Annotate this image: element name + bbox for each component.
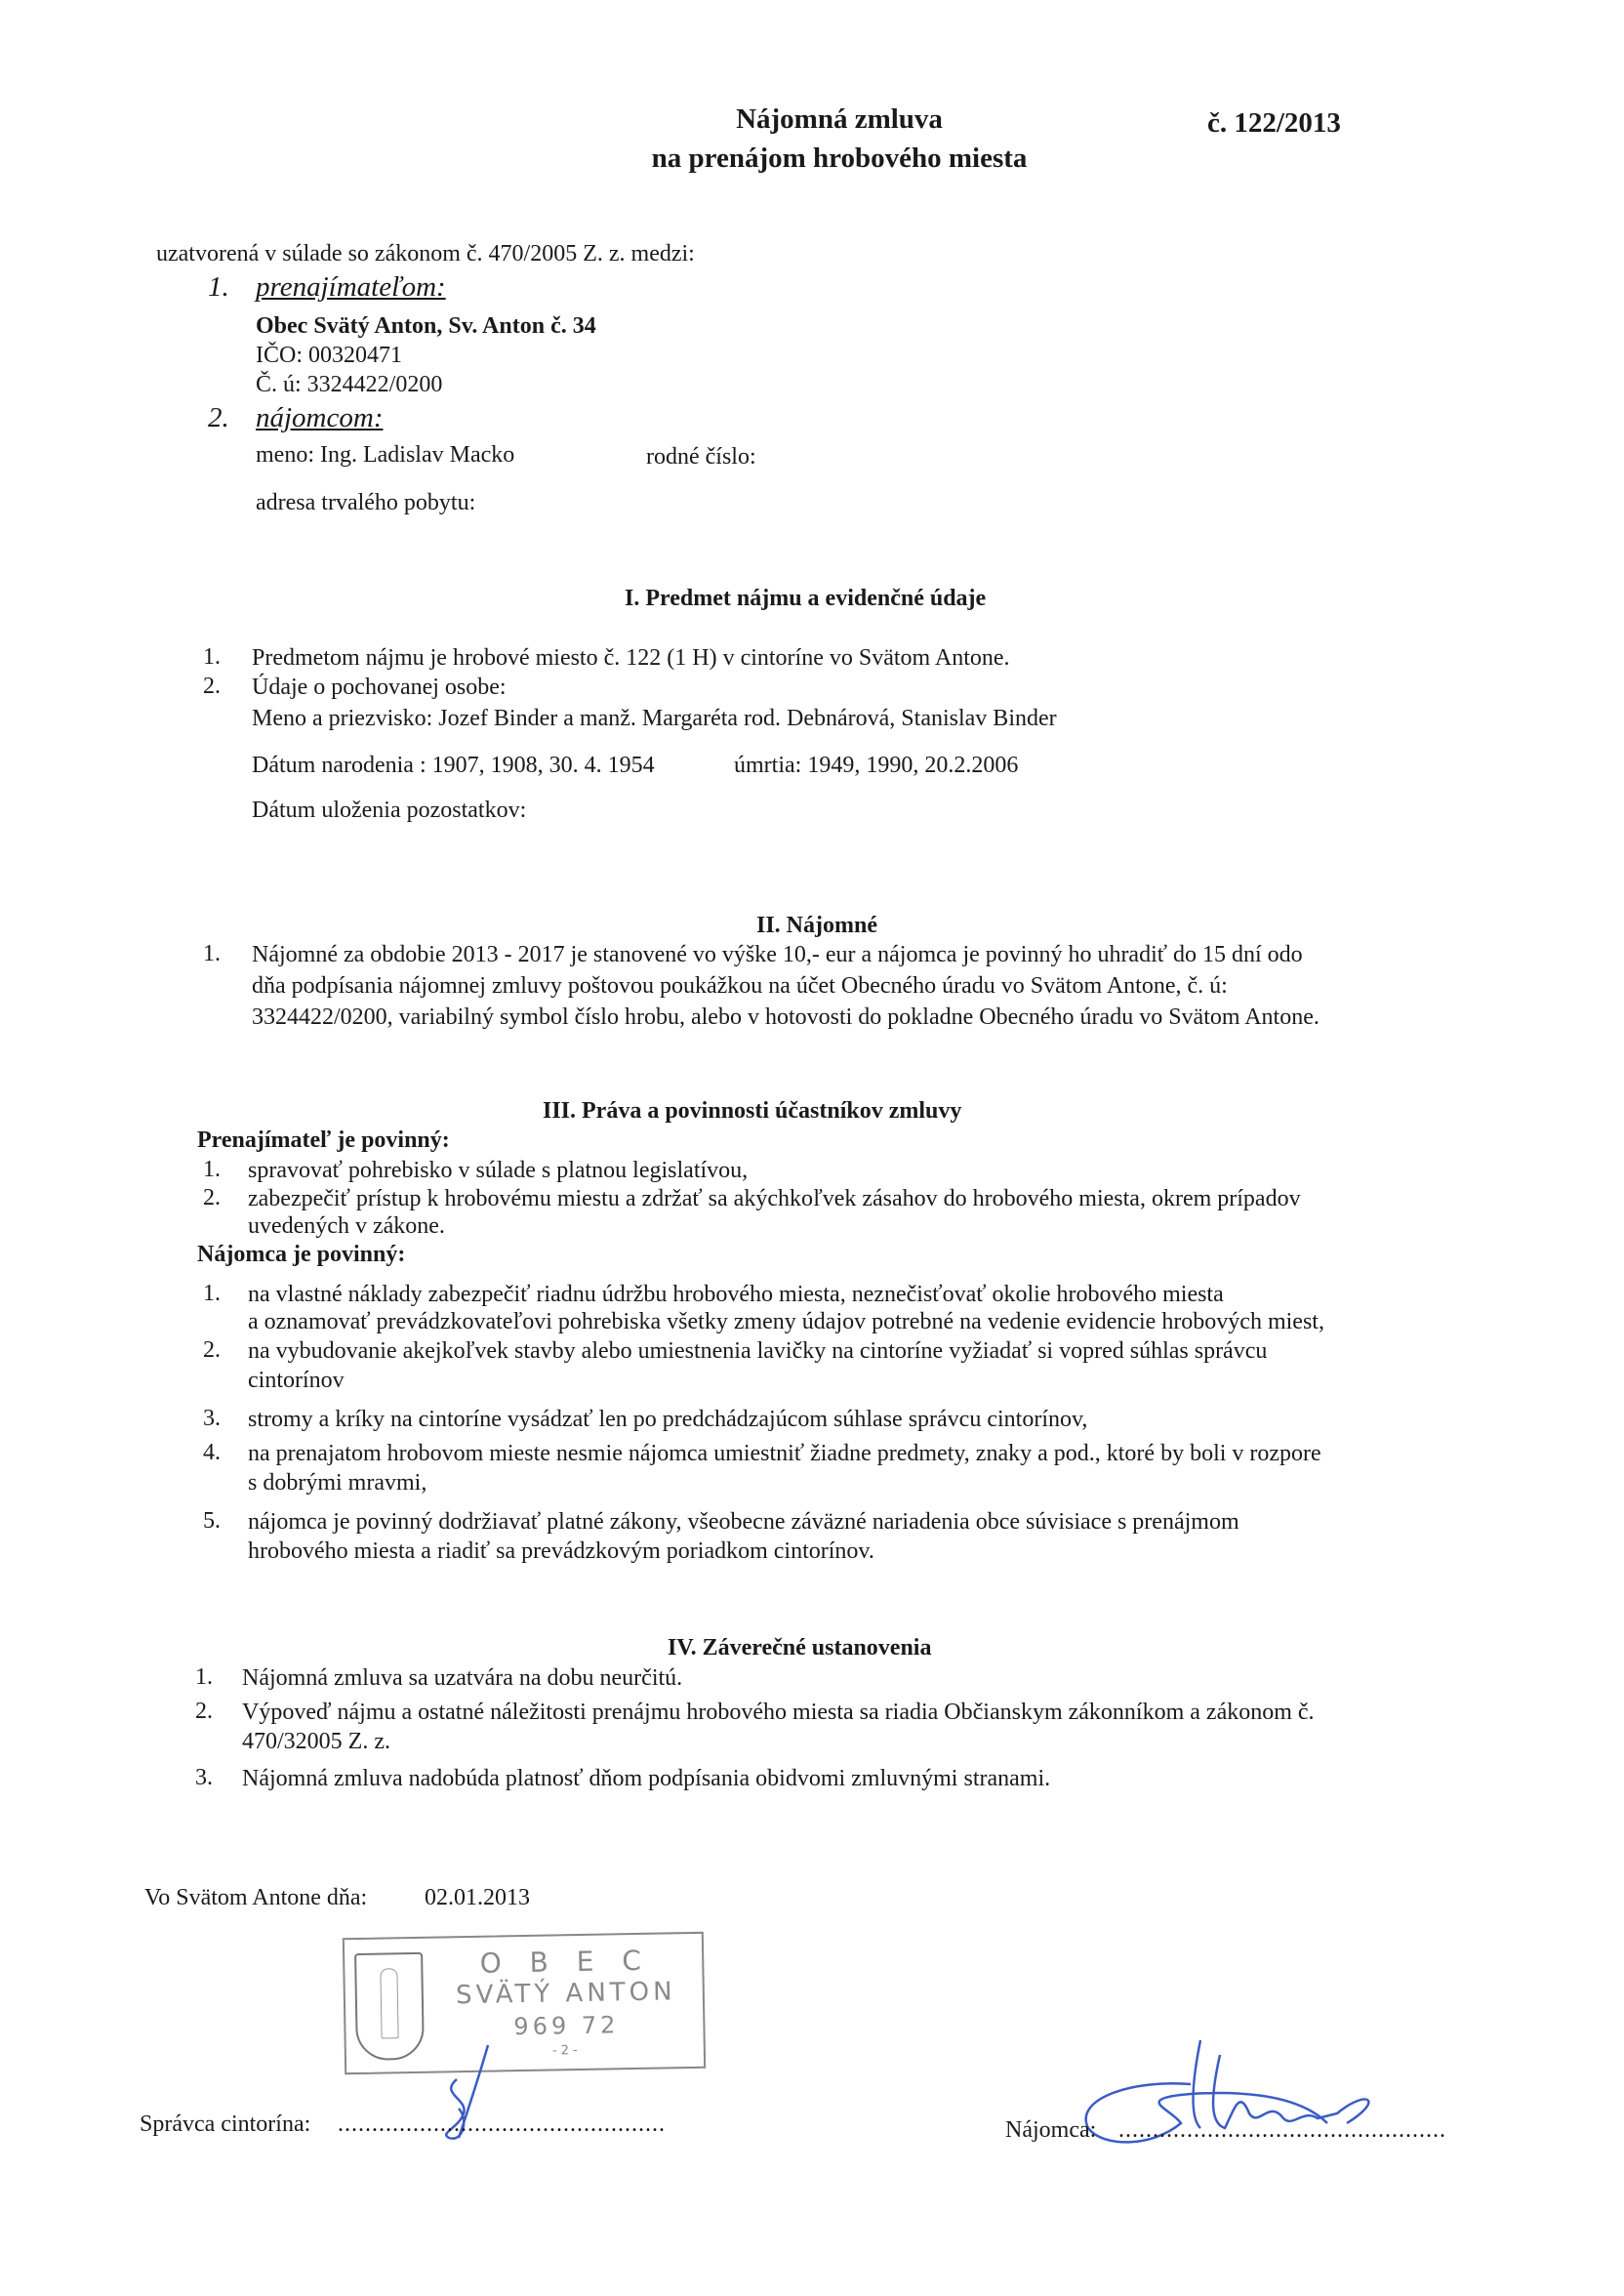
section-4-heading: IV. Záverečné ustanovenia — [668, 1635, 931, 1661]
landlord-ico: IČO: 00320471 — [256, 342, 402, 369]
party-2-number: 2. — [208, 402, 229, 434]
birth-dates: Dátum narodenia : 1907, 1908, 30. 4. 195… — [252, 752, 655, 779]
document-title: Nájomná zmluva — [547, 103, 1132, 136]
tenant-label: Nájomca: — [1005, 2116, 1096, 2144]
intro-text: uzatvorená v súlade so zákonom č. 470/20… — [156, 240, 695, 267]
tenant-duty-1-number: 1. — [203, 1281, 221, 1307]
administrator-label: Správca cintorína: — [140, 2111, 310, 2138]
tenant-duty-3-number: 3. — [203, 1406, 221, 1432]
tenant-duties-heading: Nájomca je povinný: — [197, 1242, 405, 1268]
tenant-duty-5-line-1: nájomca je povinný dodržiavať platné zák… — [248, 1508, 1239, 1536]
administrator-signature-line: ........................................… — [338, 2111, 666, 2138]
tenant-duty-1-line-1: na vlastné náklady zabezpečiť riadnu údr… — [248, 1281, 1224, 1308]
section-1-item-1-number: 1. — [203, 644, 221, 671]
section-1-item-1-text: Predmetom nájmu je hrobové miesto č. 122… — [252, 644, 1010, 672]
tenant-duty-2-number: 2. — [203, 1337, 221, 1364]
section-4-item-1-number: 1. — [195, 1664, 213, 1691]
party-1-label: prenajímateľom: — [256, 271, 446, 304]
section-2-item-1-line-2: dňa podpísania nájomnej zmluvy poštovou … — [252, 972, 1228, 1000]
section-4-item-3: Nájomná zmluva nadobúda platnosť dňom po… — [242, 1765, 1050, 1792]
stamp-line-1: O B E C — [438, 1944, 693, 1981]
party-1-number: 1. — [208, 271, 229, 304]
death-dates: úmrtia: 1949, 1990, 20.2.2006 — [734, 752, 1018, 779]
tenant-name: meno: Ing. Ladislav Macko — [256, 441, 514, 469]
party-2-label: nájomcom: — [256, 402, 383, 434]
document-subtitle: na prenájom hrobového miesta — [547, 143, 1132, 175]
section-2-item-1-line-3: 3324422/0200, variabilný symbol číslo hr… — [252, 1004, 1319, 1031]
section-1-heading: I. Predmet nájmu a evidenčné údaje — [625, 586, 986, 612]
section-2-item-1-number: 1. — [203, 941, 221, 967]
tenant-duty-2-line-1: na vybudovanie akejkoľvek stavby alebo u… — [248, 1337, 1267, 1365]
section-1-item-2-text: Údaje o pochovanej osobe: — [252, 674, 507, 701]
section-4-item-2-number: 2. — [195, 1699, 213, 1725]
landlord-account: Č. ú: 3324422/0200 — [256, 371, 442, 398]
section-2-item-1-line-1: Nájomné za obdobie 2013 - 2017 je stanov… — [252, 941, 1303, 968]
tenant-duty-5-line-2: hrobového miesta a riadiť sa prevádzkový… — [248, 1537, 874, 1565]
buried-names: Meno a priezvisko: Jozef Binder a manž. … — [252, 705, 1057, 732]
tenant-duty-1-line-2: a oznamovať prevádzkovateľovi pohrebiska… — [248, 1308, 1324, 1335]
landlord-duty-2-number: 2. — [203, 1185, 221, 1211]
burial-date-label: Dátum uloženia pozostatkov: — [252, 797, 526, 824]
tenant-duty-2-line-2: cintorínov — [248, 1367, 345, 1394]
tenant-duty-5-number: 5. — [203, 1508, 221, 1535]
tenant-address-label: adresa trvalého pobytu: — [256, 489, 475, 516]
section-4-item-1: Nájomná zmluva sa uzatvára na dobu neurč… — [242, 1664, 682, 1692]
section-4-item-3-number: 3. — [195, 1765, 213, 1791]
coat-of-arms-icon — [354, 1952, 425, 2061]
tenant-duty-4-line-1: na prenajatom hrobovom mieste nesmie náj… — [248, 1440, 1321, 1467]
section-4-item-2-line-1: Výpoveď nájmu a ostatné náležitosti pren… — [242, 1699, 1315, 1726]
contract-number: č. 122/2013 — [1207, 107, 1341, 140]
place-date-label: Vo Svätom Antone dňa: — [144, 1884, 367, 1911]
landlord-duties-heading: Prenajímateľ je povinný: — [197, 1127, 450, 1154]
tenant-signature-line: ........................................… — [1118, 2116, 1446, 2144]
landlord-duty-1-number: 1. — [203, 1157, 221, 1183]
landlord-duty-1: spravovať pohrebisko v súlade s platnou … — [248, 1157, 748, 1184]
tenant-birth-number-label: rodné číslo: — [646, 443, 756, 471]
stamp-line-3: 969 72 — [439, 2010, 693, 2042]
section-3-heading: III. Práva a povinnosti účastníkov zmluv… — [543, 1098, 961, 1125]
landlord-duty-2-line-2: uvedených v zákone. — [248, 1212, 445, 1240]
stamp-line-2: SVÄTÝ ANTON — [439, 1977, 693, 2011]
tenant-duty-3: stromy a kríky na cintoríne vysádzať len… — [248, 1406, 1087, 1433]
section-4-item-2-line-2: 470/32005 Z. z. — [242, 1728, 390, 1755]
tenant-duty-4-number: 4. — [203, 1440, 221, 1466]
tenant-duty-4-line-2: s dobrými mravmi, — [248, 1469, 426, 1496]
section-1-item-2-number: 2. — [203, 674, 221, 700]
landlord-duty-2-line-1: zabezpečiť prístup k hrobovému miestu a … — [248, 1185, 1301, 1212]
signing-date: 02.01.2013 — [425, 1884, 530, 1911]
landlord-name: Obec Svätý Anton, Sv. Anton č. 34 — [256, 312, 596, 340]
section-2-heading: II. Nájomné — [756, 913, 877, 939]
